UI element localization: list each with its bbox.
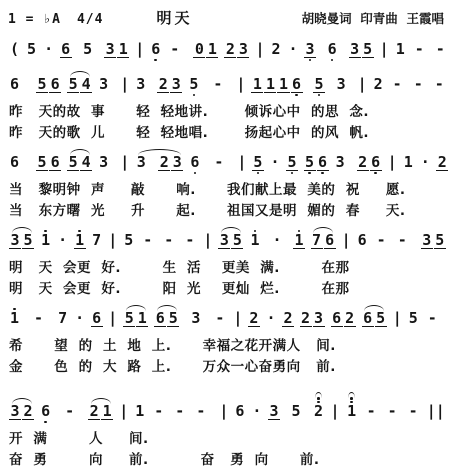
barline: | — [236, 69, 246, 101]
note: 6 — [40, 396, 52, 428]
beam-group: 56 — [36, 69, 62, 101]
note: 3 — [98, 147, 110, 179]
bracket: ( — [9, 34, 21, 66]
beam-group: 62 — [330, 303, 356, 335]
dot: · — [287, 34, 299, 66]
dash: - — [213, 147, 225, 179]
note: 2 — [88, 396, 100, 428]
lyrics-line: 奋 勇 向 前. 奋 勇 向 前. — [9, 450, 446, 471]
dash: - — [153, 396, 165, 428]
barline: | — [357, 69, 367, 101]
note: 7 — [311, 225, 323, 257]
dash: - — [407, 396, 419, 428]
dash: - — [434, 34, 446, 66]
credits: 胡晓曼词 印青曲 王霞唱 — [302, 9, 444, 27]
note: 3 — [237, 34, 249, 66]
note: 3 — [98, 69, 110, 101]
note: 3 — [334, 147, 346, 179]
dash: - — [412, 69, 424, 101]
note: 5 — [231, 225, 243, 257]
beam-group: 35 — [420, 225, 446, 257]
beam-group: 01 — [193, 34, 219, 66]
note: 2 — [300, 303, 312, 335]
dash: - — [375, 225, 387, 257]
note: 5 — [36, 147, 48, 179]
dot: · — [269, 147, 281, 179]
barline: | — [120, 69, 130, 101]
note: 5 — [123, 225, 135, 257]
barline: | — [233, 303, 243, 335]
note: 3 — [135, 147, 147, 179]
note: 5 — [26, 34, 38, 66]
note: 4 — [80, 147, 92, 179]
song-title: 明天 — [157, 7, 193, 28]
beam-group: 31 — [104, 34, 130, 66]
dash: - — [396, 225, 408, 257]
note: 1 — [134, 396, 146, 428]
beam-group: 23 — [224, 34, 250, 66]
note: 1 — [101, 396, 113, 428]
note: 5 — [67, 69, 79, 101]
barline: | — [392, 303, 402, 335]
barline: | — [119, 396, 129, 428]
notation-line: (5·6531|6-0123|2·3635|1---)| — [6, 34, 446, 66]
tie-group: 54 — [67, 147, 93, 179]
note: 3 — [421, 225, 433, 257]
note: 2 — [436, 147, 448, 179]
tie-group: 1 — [345, 396, 358, 428]
note: 6 — [331, 303, 343, 335]
barline: | — [379, 34, 389, 66]
note: 6 — [291, 69, 303, 101]
note: 5 — [362, 34, 374, 66]
dot: · — [419, 147, 431, 179]
key-signature: 1 = ♭A — [8, 12, 61, 27]
note: 6 — [356, 225, 368, 257]
note: 6 — [9, 69, 21, 101]
lyrics-line: 当 东方曙 光 升 起. 祖国又是明 媚的 春 天. — [9, 201, 446, 222]
dash: - — [174, 396, 186, 428]
dash: - — [163, 225, 175, 257]
note: 3 — [335, 69, 347, 101]
note: 6 — [60, 34, 72, 66]
note: 2 — [357, 147, 369, 179]
dot: · — [251, 396, 263, 428]
note: 6 — [370, 147, 382, 179]
note: 5 — [67, 147, 79, 179]
tie-group: 21 — [88, 396, 114, 428]
barline: | — [255, 34, 265, 66]
dot: · — [265, 303, 277, 335]
tie-group: 35 — [9, 225, 35, 257]
final-barline: || — [426, 396, 445, 428]
tie-group: 76 — [310, 225, 336, 257]
barline: | — [135, 34, 145, 66]
dash: - — [64, 396, 76, 428]
dash: - — [212, 69, 224, 101]
note: 7 — [91, 225, 103, 257]
note: 2 — [372, 69, 384, 101]
note: 6 — [91, 303, 103, 335]
score-system: (5·6531|6-0123|2·3635|1---)| — [4, 34, 446, 66]
dot: · — [271, 225, 283, 257]
beam-group: 1116 — [251, 69, 303, 101]
note: 2 — [22, 396, 34, 428]
beam-group: 56 — [303, 147, 329, 179]
dash: - — [214, 303, 226, 335]
note: 5 — [22, 225, 34, 257]
barline: | — [120, 147, 130, 179]
note: 3 — [218, 225, 230, 257]
note: 5 — [167, 303, 179, 335]
note: 3 — [135, 69, 147, 101]
note: 6 — [154, 303, 166, 335]
note: 1 — [249, 225, 261, 257]
note: 2 — [157, 69, 169, 101]
dash: - — [365, 396, 377, 428]
note: 4 — [80, 69, 92, 101]
tie-group: 32 — [9, 396, 35, 428]
tie-group: 51 — [123, 303, 149, 335]
dash: - — [433, 69, 445, 101]
lyrics-line: 希 望 的 土 地 上. 幸福之花开满人 间. — [9, 336, 446, 357]
note: 5 — [434, 225, 446, 257]
dash: - — [426, 303, 438, 335]
beam-group: 23 — [299, 303, 325, 335]
sheet-music-page: 1 = ♭A4/4 明天 胡晓曼词 印青曲 王霞唱 (5·6531|6-0123… — [0, 0, 450, 473]
note: 2 — [313, 396, 325, 428]
note: 1 — [402, 147, 414, 179]
note: 3 — [171, 147, 183, 179]
note: 5 — [304, 147, 316, 179]
dash: - — [195, 396, 207, 428]
note: 3 — [9, 225, 21, 257]
note: 6 — [150, 34, 162, 66]
note: 1 — [264, 69, 276, 101]
note: 5 — [407, 303, 419, 335]
barline: | — [203, 225, 213, 257]
note: 5 — [375, 303, 387, 335]
note: 3 — [190, 303, 202, 335]
barline: | — [330, 396, 340, 428]
note: 6 — [189, 147, 201, 179]
note: 6 — [49, 147, 61, 179]
lyrics-line: 金 色 的 大 路 上. 万众一心奋勇向 前. — [9, 357, 446, 378]
score-system: 656543|3236-|5·556326|1·21-|当 黎明钟 声 敲 响.… — [4, 147, 446, 222]
note: 5 — [82, 34, 94, 66]
barline: | — [341, 225, 351, 257]
notation-line: 326-21|1---|6·352|1---|| — [6, 396, 446, 428]
note: 6 — [49, 69, 61, 101]
note: 1 — [346, 396, 358, 428]
dash: - — [142, 225, 154, 257]
lyrics-line: 明 天 会更 好. 生 活 更美 满. 在那 — [9, 258, 446, 279]
note: 3 — [9, 396, 21, 428]
score-system: 326-21|1---|6·352|1---||开 满 人 间.奋 勇 向 前.… — [4, 396, 446, 471]
note: 3 — [349, 34, 361, 66]
barline: | — [108, 225, 118, 257]
note: 1 — [9, 303, 21, 335]
note: 1 — [117, 34, 129, 66]
note: 1 — [394, 34, 406, 66]
score-system: 351·17|5---|351·176|6--35|明 天 会更 好. 生 活 … — [4, 225, 446, 300]
note: 1 — [277, 69, 289, 101]
lyrics-line: 昨 天的歌 儿 轻 轻地唱. 扬起心中 的风 帆. — [9, 123, 446, 144]
note: 5 — [286, 147, 298, 179]
lyrics-line: 当 黎明钟 声 敲 响. 我们献上最 美的 祝 愿. — [9, 180, 446, 201]
note: 2 — [344, 303, 356, 335]
tie-group: 54 — [67, 69, 93, 101]
dot: · — [43, 34, 55, 66]
dash: - — [184, 225, 196, 257]
tie-group: 35 — [218, 225, 244, 257]
dash: - — [169, 34, 181, 66]
tie-group: 65 — [361, 303, 387, 335]
note: 2 — [248, 303, 260, 335]
dot: · — [57, 225, 69, 257]
notation-line: 656543|3236-|5·556326|1·21-| — [6, 147, 446, 179]
note: 3 — [170, 69, 182, 101]
lyrics-line: 明 天 会更 好. 阳 光 更灿 烂. 在那 — [9, 279, 446, 300]
dash: - — [391, 69, 403, 101]
note: 0 — [193, 34, 205, 66]
note: 3 — [268, 396, 280, 428]
lyrics-line: 昨 天的故 事 轻 轻地讲. 倾诉心中 的思 念. — [9, 102, 446, 123]
beam-group: 23 — [157, 69, 183, 101]
note: 5 — [123, 303, 135, 335]
note: 2 — [270, 34, 282, 66]
beam-group: 26 — [356, 147, 382, 179]
key-and-meter: 1 = ♭A4/4 — [8, 12, 103, 27]
note: 1 — [293, 225, 305, 257]
note: 3 — [304, 34, 316, 66]
tie-group: 2 — [312, 396, 325, 428]
note: 6 — [326, 34, 338, 66]
barline: | — [219, 396, 229, 428]
dash: - — [33, 303, 45, 335]
note: 2 — [224, 34, 236, 66]
note: 6 — [362, 303, 374, 335]
time-signature: 4/4 — [77, 12, 103, 27]
note: 1 — [206, 34, 218, 66]
score-system: 1-7·6|51653-|2·2236265|5---|希 望 的 土 地 上.… — [4, 303, 446, 378]
note: 1 — [136, 303, 148, 335]
note: 1 — [40, 225, 52, 257]
note: 3 — [104, 34, 116, 66]
note: 2 — [158, 147, 170, 179]
note: 3 — [313, 303, 325, 335]
note: 2 — [282, 303, 294, 335]
note: 1 — [74, 225, 86, 257]
tie-group: 323 — [135, 147, 184, 179]
note: 6 — [324, 225, 336, 257]
lyrics-line: 开 满 人 间. — [9, 429, 446, 450]
note: 5 — [252, 147, 264, 179]
note: 1 — [251, 69, 263, 101]
note: 6 — [9, 147, 21, 179]
note: 6 — [317, 147, 329, 179]
note: 5 — [313, 69, 325, 101]
score-system: 656543|3235-|111653|2---|昨 天的故 事 轻 轻地讲. … — [4, 69, 446, 144]
notation-line: 656543|3235-|111653|2---| — [6, 69, 446, 101]
barline: | — [387, 147, 397, 179]
notation-line: 1-7·6|51653-|2·2236265|5---| — [6, 303, 446, 335]
beam-group: 56 — [36, 147, 62, 179]
dot: · — [74, 303, 86, 335]
note: 6 — [234, 396, 246, 428]
note: 5 — [290, 396, 302, 428]
barline: | — [108, 303, 118, 335]
tie-group: 65 — [154, 303, 180, 335]
barline: | — [237, 147, 247, 179]
note: 7 — [57, 303, 69, 335]
score: (5·6531|6-0123|2·3635|1---)|656543|3235-… — [4, 34, 446, 471]
notation-line: 351·17|5---|351·176|6--35| — [6, 225, 446, 257]
note: 5 — [188, 69, 200, 101]
score-header: 1 = ♭A4/4 明天 胡晓曼词 印青曲 王霞唱 — [8, 7, 444, 28]
dash: - — [386, 396, 398, 428]
dash: - — [413, 34, 425, 66]
note: 5 — [36, 69, 48, 101]
beam-group: 35 — [348, 34, 374, 66]
